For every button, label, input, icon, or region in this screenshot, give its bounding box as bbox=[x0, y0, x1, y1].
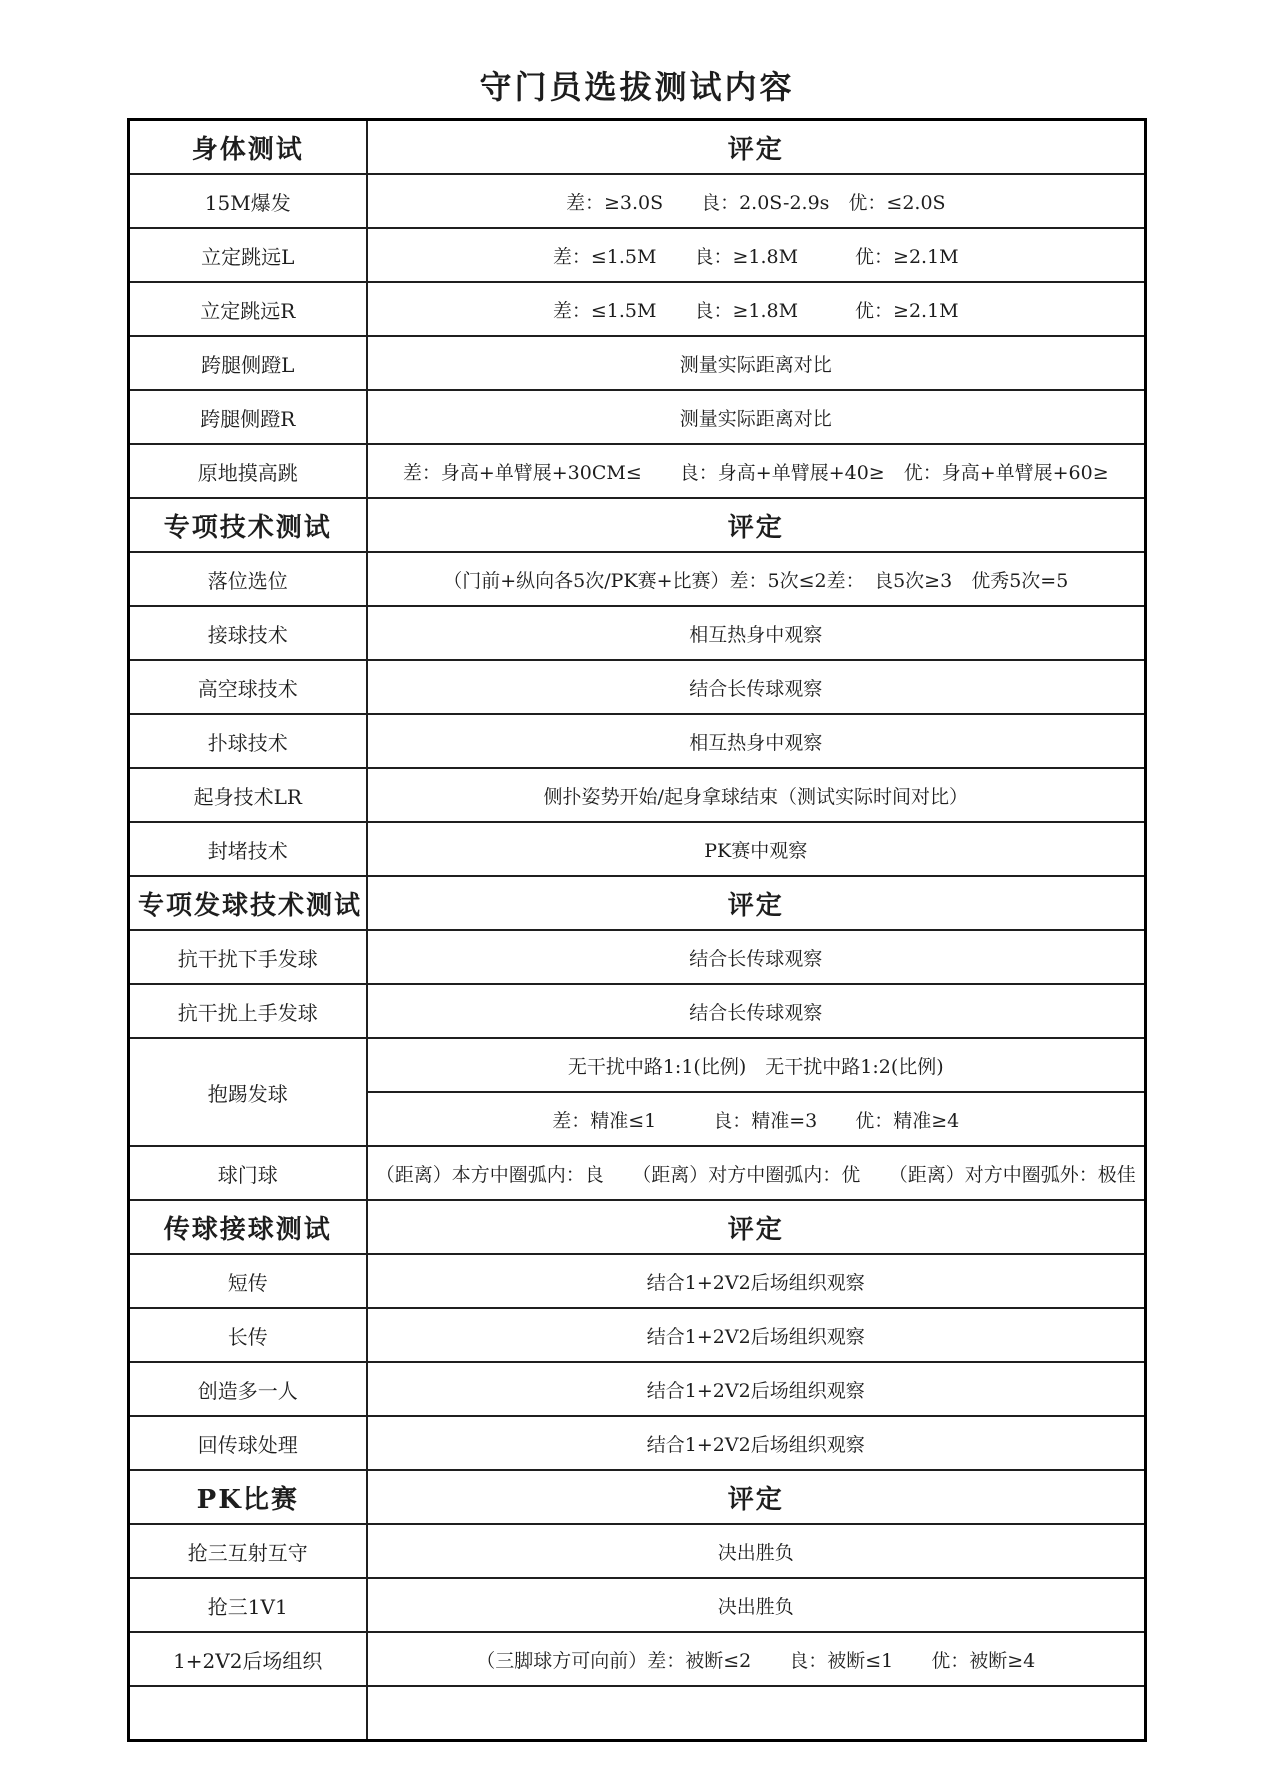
item-label-cell: 跨腿侧蹬R bbox=[129, 390, 367, 444]
table-row: 专项技术测试 评定 bbox=[129, 498, 1146, 552]
item-value-cell bbox=[367, 1686, 1146, 1741]
item-value-cell: 结合长传球观察 bbox=[367, 984, 1146, 1038]
table-row: 接球技术 相互热身中观察 bbox=[129, 606, 1146, 660]
table-row: 15M爆发 差：≥3.0S 良：2.0S-2.9s 优：≤2.0S bbox=[129, 174, 1146, 228]
table-row: 球门球 （距离）本方中圈弧内：良 （距离）对方中圈弧内：优 （距离）对方中圈弧外… bbox=[129, 1146, 1146, 1200]
table-row: PK比赛 评定 bbox=[129, 1470, 1146, 1524]
test-content-table: 身体测试 评定 15M爆发 差：≥3.0S 良：2.0S-2.9s 优：≤2.0… bbox=[127, 118, 1147, 1742]
item-label-cell: 立定跳远R bbox=[129, 282, 367, 336]
section-value-cell: 评定 bbox=[367, 120, 1146, 175]
section-value-cell: 评定 bbox=[367, 1200, 1146, 1254]
table-row: 跨腿侧蹬L 测量实际距离对比 bbox=[129, 336, 1146, 390]
item-label-cell: 回传球处理 bbox=[129, 1416, 367, 1470]
document-page: 守门员选拔测试内容 身体测试 评定 15M爆发 差：≥3.0S 良：2.0S-2… bbox=[0, 0, 1280, 1778]
item-label-cell: 抢三互射互守 bbox=[129, 1524, 367, 1578]
page-title: 守门员选拔测试内容 bbox=[127, 62, 1147, 108]
item-label-cell: 接球技术 bbox=[129, 606, 367, 660]
table-row: 短传 结合1+2V2后场组织观察 bbox=[129, 1254, 1146, 1308]
item-value-cell: 结合1+2V2后场组织观察 bbox=[367, 1362, 1146, 1416]
item-value-cell: 侧扑姿势开始/起身拿球结束（测试实际时间对比） bbox=[367, 768, 1146, 822]
item-value-cell: 结合长传球观察 bbox=[367, 660, 1146, 714]
section-label-cell: 传球接球测试 bbox=[129, 1200, 367, 1254]
table-row: 长传 结合1+2V2后场组织观察 bbox=[129, 1308, 1146, 1362]
item-label-cell: 抱踢发球 bbox=[129, 1038, 367, 1146]
item-value-cell: PK赛中观察 bbox=[367, 822, 1146, 876]
item-label-cell: 起身技术LR bbox=[129, 768, 367, 822]
table-row: 创造多一人 结合1+2V2后场组织观察 bbox=[129, 1362, 1146, 1416]
item-label-cell: 高空球技术 bbox=[129, 660, 367, 714]
section-value-cell: 评定 bbox=[367, 1470, 1146, 1524]
item-value-cell: （门前+纵向各5次/PK赛+比赛）差：5次≤2差： 良5次≥3 优秀5次=5 bbox=[367, 552, 1146, 606]
table-row: 抗干扰下手发球 结合长传球观察 bbox=[129, 930, 1146, 984]
table-row: 起身技术LR 侧扑姿势开始/起身拿球结束（测试实际时间对比） bbox=[129, 768, 1146, 822]
table-row: 立定跳远L 差：≤1.5M 良：≥1.8M 优：≥2.1M bbox=[129, 228, 1146, 282]
item-value-cell: 差：≤1.5M 良：≥1.8M 优：≥2.1M bbox=[367, 228, 1146, 282]
table-row: 身体测试 评定 bbox=[129, 120, 1146, 175]
item-value-cell: 无干扰中路1:1(比例) 无干扰中路1:2(比例) bbox=[367, 1038, 1146, 1092]
item-label-cell: 球门球 bbox=[129, 1146, 367, 1200]
item-label-cell: 跨腿侧蹬L bbox=[129, 336, 367, 390]
table-row: 封堵技术 PK赛中观察 bbox=[129, 822, 1146, 876]
section-label-cell: 身体测试 bbox=[129, 120, 367, 175]
item-value-cell: （三脚球方可向前）差：被断≤2 良：被断≤1 优：被断≥4 bbox=[367, 1632, 1146, 1686]
item-value-cell: 结合长传球观察 bbox=[367, 930, 1146, 984]
item-value-cell: 结合1+2V2后场组织观察 bbox=[367, 1416, 1146, 1470]
item-label-cell: 落位选位 bbox=[129, 552, 367, 606]
section-label-cell: 专项发球技术测试 bbox=[129, 876, 367, 930]
item-label-cell: 1+2V2后场组织 bbox=[129, 1632, 367, 1686]
table-row: 1+2V2后场组织 （三脚球方可向前）差：被断≤2 良：被断≤1 优：被断≥4 bbox=[129, 1632, 1146, 1686]
item-value-cell: 差：≤1.5M 良：≥1.8M 优：≥2.1M bbox=[367, 282, 1146, 336]
item-label-cell: 抗干扰下手发球 bbox=[129, 930, 367, 984]
table-row: 抢三互射互守 决出胜负 bbox=[129, 1524, 1146, 1578]
section-value-cell: 评定 bbox=[367, 876, 1146, 930]
table-row: 落位选位 （门前+纵向各5次/PK赛+比赛）差：5次≤2差： 良5次≥3 优秀5… bbox=[129, 552, 1146, 606]
item-label-cell: 长传 bbox=[129, 1308, 367, 1362]
item-label-cell: 立定跳远L bbox=[129, 228, 367, 282]
item-label-cell: 扑球技术 bbox=[129, 714, 367, 768]
item-label-cell: 封堵技术 bbox=[129, 822, 367, 876]
table-row: 原地摸高跳 差：身高+单臂展+30CM≤ 良：身高+单臂展+40≥ 优：身高+单… bbox=[129, 444, 1146, 498]
item-value-cell: 测量实际距离对比 bbox=[367, 336, 1146, 390]
item-value-cell: 差：≥3.0S 良：2.0S-2.9s 优：≤2.0S bbox=[367, 174, 1146, 228]
section-label-cell: PK比赛 bbox=[129, 1470, 367, 1524]
item-value-cell: 测量实际距离对比 bbox=[367, 390, 1146, 444]
item-value-cell: 差：精准≤1 良：精准=3 优：精准≥4 bbox=[367, 1092, 1146, 1146]
item-label-cell: 15M爆发 bbox=[129, 174, 367, 228]
table-row: 回传球处理 结合1+2V2后场组织观察 bbox=[129, 1416, 1146, 1470]
section-value-cell: 评定 bbox=[367, 498, 1146, 552]
table-row: 专项发球技术测试 评定 bbox=[129, 876, 1146, 930]
item-value-cell: 决出胜负 bbox=[367, 1524, 1146, 1578]
table-row: 高空球技术 结合长传球观察 bbox=[129, 660, 1146, 714]
item-label-cell: 抗干扰上手发球 bbox=[129, 984, 367, 1038]
table-row bbox=[129, 1686, 1146, 1741]
item-value-cell: 相互热身中观察 bbox=[367, 714, 1146, 768]
table-row: 抗干扰上手发球 结合长传球观察 bbox=[129, 984, 1146, 1038]
item-value-cell: 结合1+2V2后场组织观察 bbox=[367, 1254, 1146, 1308]
table-row: 抱踢发球 无干扰中路1:1(比例) 无干扰中路1:2(比例) bbox=[129, 1038, 1146, 1092]
item-value-cell: 决出胜负 bbox=[367, 1578, 1146, 1632]
table-row: 传球接球测试 评定 bbox=[129, 1200, 1146, 1254]
item-label-cell: 原地摸高跳 bbox=[129, 444, 367, 498]
item-label-cell: 创造多一人 bbox=[129, 1362, 367, 1416]
item-value-cell: 结合1+2V2后场组织观察 bbox=[367, 1308, 1146, 1362]
item-value-cell: 差：身高+单臂展+30CM≤ 良：身高+单臂展+40≥ 优：身高+单臂展+60≥ bbox=[367, 444, 1146, 498]
item-value-cell: 相互热身中观察 bbox=[367, 606, 1146, 660]
item-label-cell bbox=[129, 1686, 367, 1741]
item-value-cell: （距离）本方中圈弧内：良 （距离）对方中圈弧内：优 （距离）对方中圈弧外：极佳 bbox=[367, 1146, 1146, 1200]
table-row: 扑球技术 相互热身中观察 bbox=[129, 714, 1146, 768]
table-row: 抢三1V1 决出胜负 bbox=[129, 1578, 1146, 1632]
table-row: 立定跳远R 差：≤1.5M 良：≥1.8M 优：≥2.1M bbox=[129, 282, 1146, 336]
item-label-cell: 抢三1V1 bbox=[129, 1578, 367, 1632]
table-row: 跨腿侧蹬R 测量实际距离对比 bbox=[129, 390, 1146, 444]
section-label-cell: 专项技术测试 bbox=[129, 498, 367, 552]
item-label-cell: 短传 bbox=[129, 1254, 367, 1308]
